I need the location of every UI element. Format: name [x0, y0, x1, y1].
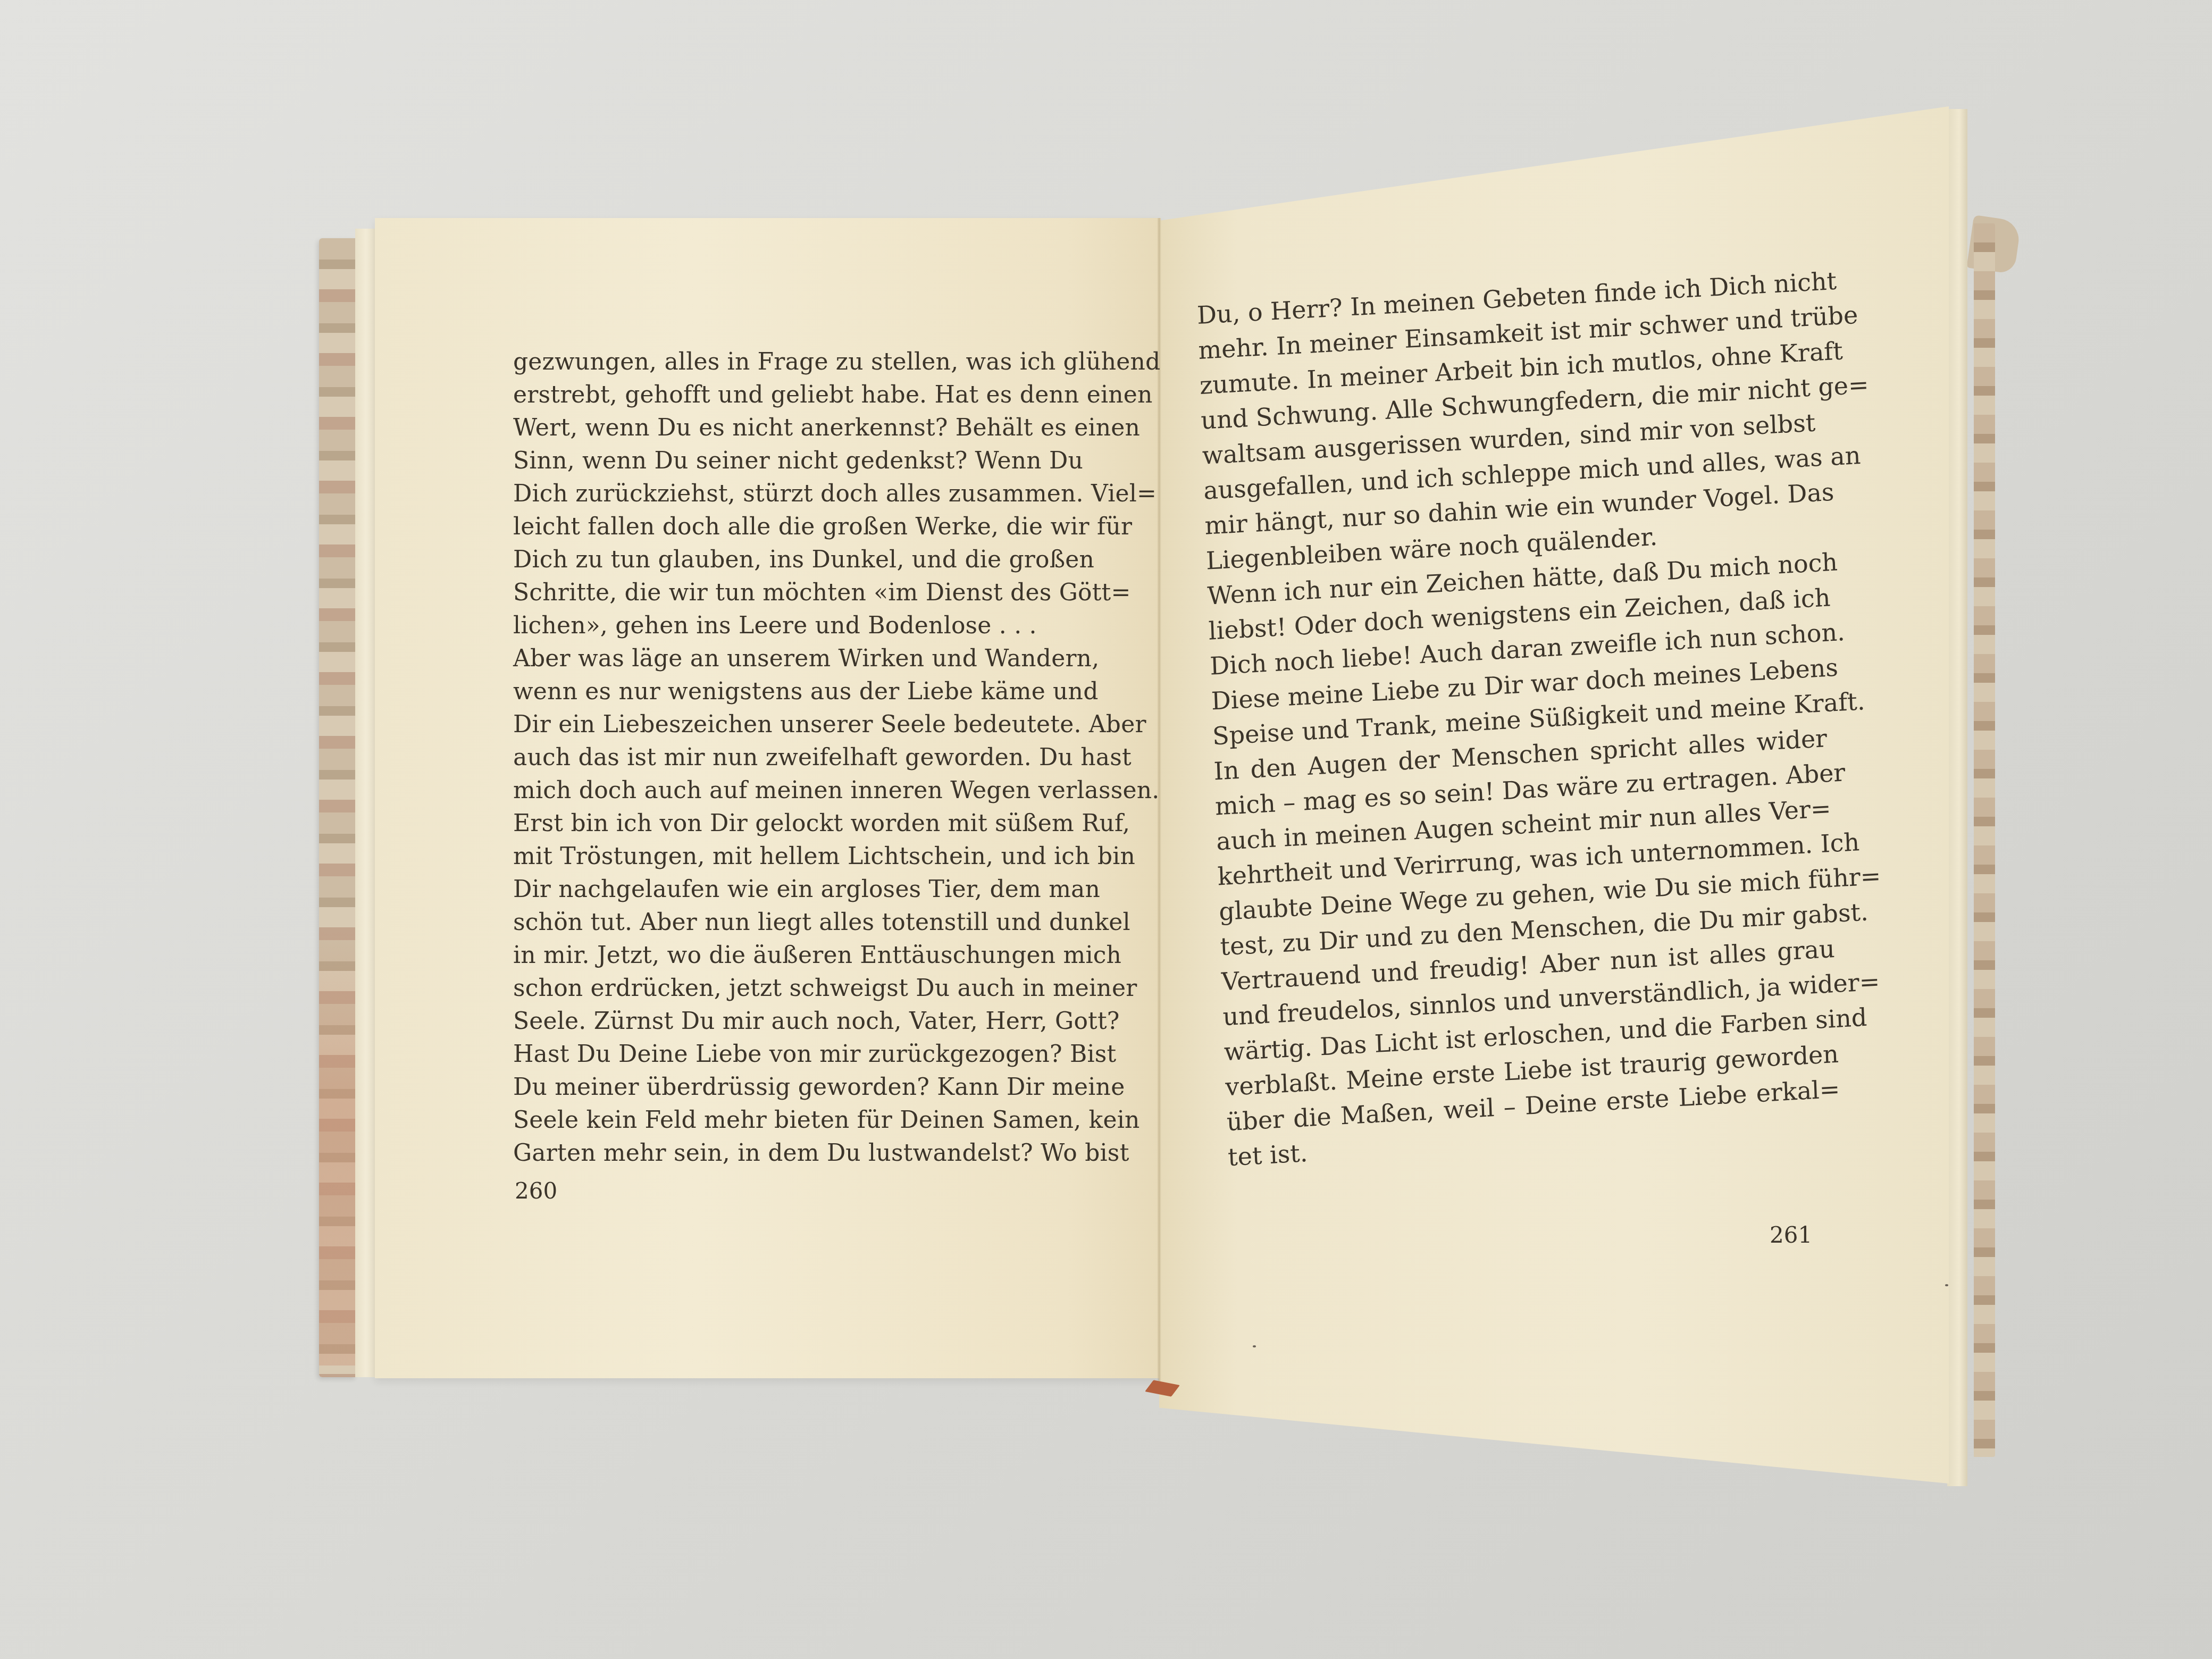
text-line: in mir. Jetzt, wo die äußeren Enttäuschu… [513, 939, 1077, 972]
photo-scene: gezwungen, alles in Frage zu stellen, wa… [0, 0, 2212, 1659]
text-line: mit Tröstungen, mit hellem Lichtschein, … [513, 840, 1077, 873]
text-line: Sinn, wenn Du seiner nicht gedenkst? Wen… [513, 445, 1077, 477]
text-line: Erst bin ich von Dir gelockt worden mit … [513, 807, 1077, 840]
text-line: Du meiner überdrüssig geworden? Kann Dir… [513, 1071, 1077, 1104]
text-line: Garten mehr sein, in dem Du lustwandelst… [513, 1137, 1077, 1170]
text-line: Seele. Zürnst Du mir auch noch, Vater, H… [513, 1005, 1077, 1038]
paper-speck [1253, 1345, 1256, 1347]
paper-speck [1945, 1284, 1948, 1286]
text-line: Dich zurückziehst, stürzt doch alles zus… [513, 477, 1077, 510]
text-line: erstrebt, gehofft und geliebt habe. Hat … [513, 379, 1077, 412]
page-number-left: 260 [515, 1178, 557, 1204]
text-line: Seele kein Feld mehr bieten für Deinen S… [513, 1104, 1077, 1137]
text-line: lichen», gehen ins Leere und Bodenlose .… [513, 609, 1077, 642]
page-stack-left [355, 229, 378, 1377]
cover-stain [319, 929, 356, 1365]
right-page-text: Du, o Herr? In meinen Gebeten finde ich … [1196, 265, 1842, 1175]
text-line: schön tut. Aber nun liegt alles totensti… [513, 906, 1077, 939]
text-line: schon erdrücken, jetzt schweigst Du auch… [513, 972, 1077, 1005]
text-line: gezwungen, alles in Frage zu stellen, wa… [513, 346, 1077, 379]
book-cover-left-edge [319, 238, 356, 1377]
text-line: Dir nachgelaufen wie ein argloses Tier, … [513, 873, 1077, 906]
text-line: auch das ist mir nun zweifelhaft geworde… [513, 741, 1077, 774]
text-line: Dir ein Liebeszeichen unserer Seele bede… [513, 708, 1077, 741]
text-line: leicht fallen doch alle die großen Werke… [513, 510, 1077, 543]
page-number-right: 261 [1770, 1222, 1812, 1248]
book-cover-right-edge [1974, 223, 1995, 1457]
text-line: Wert, wenn Du es nicht anerkennst? Behäl… [513, 412, 1077, 445]
text-line: Hast Du Deine Liebe von mir zurückgezoge… [513, 1038, 1077, 1071]
text-line: Schritte, die wir tun möchten «im Dienst… [513, 576, 1077, 609]
text-line: mich doch auch auf meinen inneren Wegen … [513, 774, 1077, 807]
page-stack-right [1947, 109, 1967, 1486]
text-line: wenn es nur wenigstens aus der Liebe käm… [513, 675, 1077, 708]
text-line: Dich zu tun glauben, ins Dunkel, und die… [513, 543, 1077, 576]
text-line: Aber was läge an unserem Wirken und Wand… [513, 642, 1077, 675]
left-page-text: gezwungen, alles in Frage zu stellen, wa… [513, 346, 1077, 1170]
